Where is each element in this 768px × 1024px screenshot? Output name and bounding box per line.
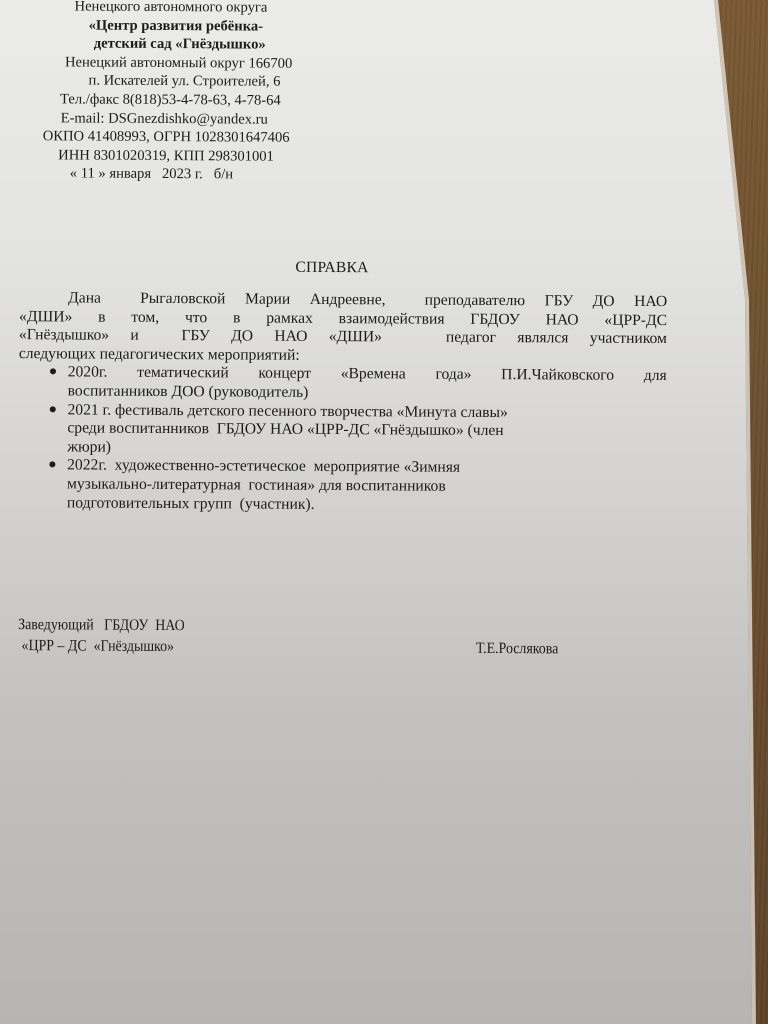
letterhead-org-name-cont: детский сад «Гнёздышко» (0, 34, 360, 55)
letterhead-date: « 11 » января 2023 г. б/н (0, 164, 359, 185)
event-item: ● 2022г. художественно-эстетическое меро… (18, 456, 666, 516)
letterhead-address: п. Искателей ул. Строителей, 6 (9, 71, 359, 92)
letterhead-org-name: «Центр развития ребёнка- (0, 16, 360, 37)
letterhead-okpo-ogrn: ОКПО 41408993, ОГРН 1028301647406 (0, 127, 359, 148)
letterhead-inn-kpp: ИНН 8301020319, КПП 298301001 (0, 146, 359, 167)
bullet-icon: ● (49, 364, 58, 383)
bullet-icon: ● (48, 401, 57, 420)
letterhead-postal: Ненецкий автономный округ 166700 (0, 53, 360, 74)
letterhead-phone: Тел./факс 8(818)53-4-78-63, 4-78-64 (0, 90, 359, 111)
bullet-icon: ● (48, 457, 57, 476)
events-list: ● 2020г. тематический концерт «Времена г… (18, 363, 667, 516)
event-item: ● 2020г. тематический концерт «Времена г… (19, 363, 667, 404)
signature-block: Заведующий ГБДОУ НАО «ЦРР – ДС «Гнёздышк… (18, 614, 658, 660)
document-body: Дана Рыгаловской Марии Андреевне, препод… (18, 289, 667, 516)
document-title: СПРАВКА (295, 259, 368, 277)
intro-paragraph: Дана Рыгаловской Марии Андреевне, препод… (19, 289, 667, 367)
letterhead-email: E-mail: DSGnezdishko@yandex.ru (0, 108, 359, 129)
document-content: Ненецкого автономного округа «Центр разв… (0, 0, 768, 1024)
signatory-name: Т.Е.Рослякова (476, 638, 558, 660)
event-item: ● 2021 г. фестиваль детского песенного т… (18, 401, 666, 461)
event-line: подготовительных групп (участник). (67, 494, 666, 516)
letterhead: Ненецкого автономного округа «Центр разв… (0, 0, 360, 185)
event-line: среди воспитанников ГБДОУ НАО «ЦРР-ДС «Г… (67, 420, 666, 442)
